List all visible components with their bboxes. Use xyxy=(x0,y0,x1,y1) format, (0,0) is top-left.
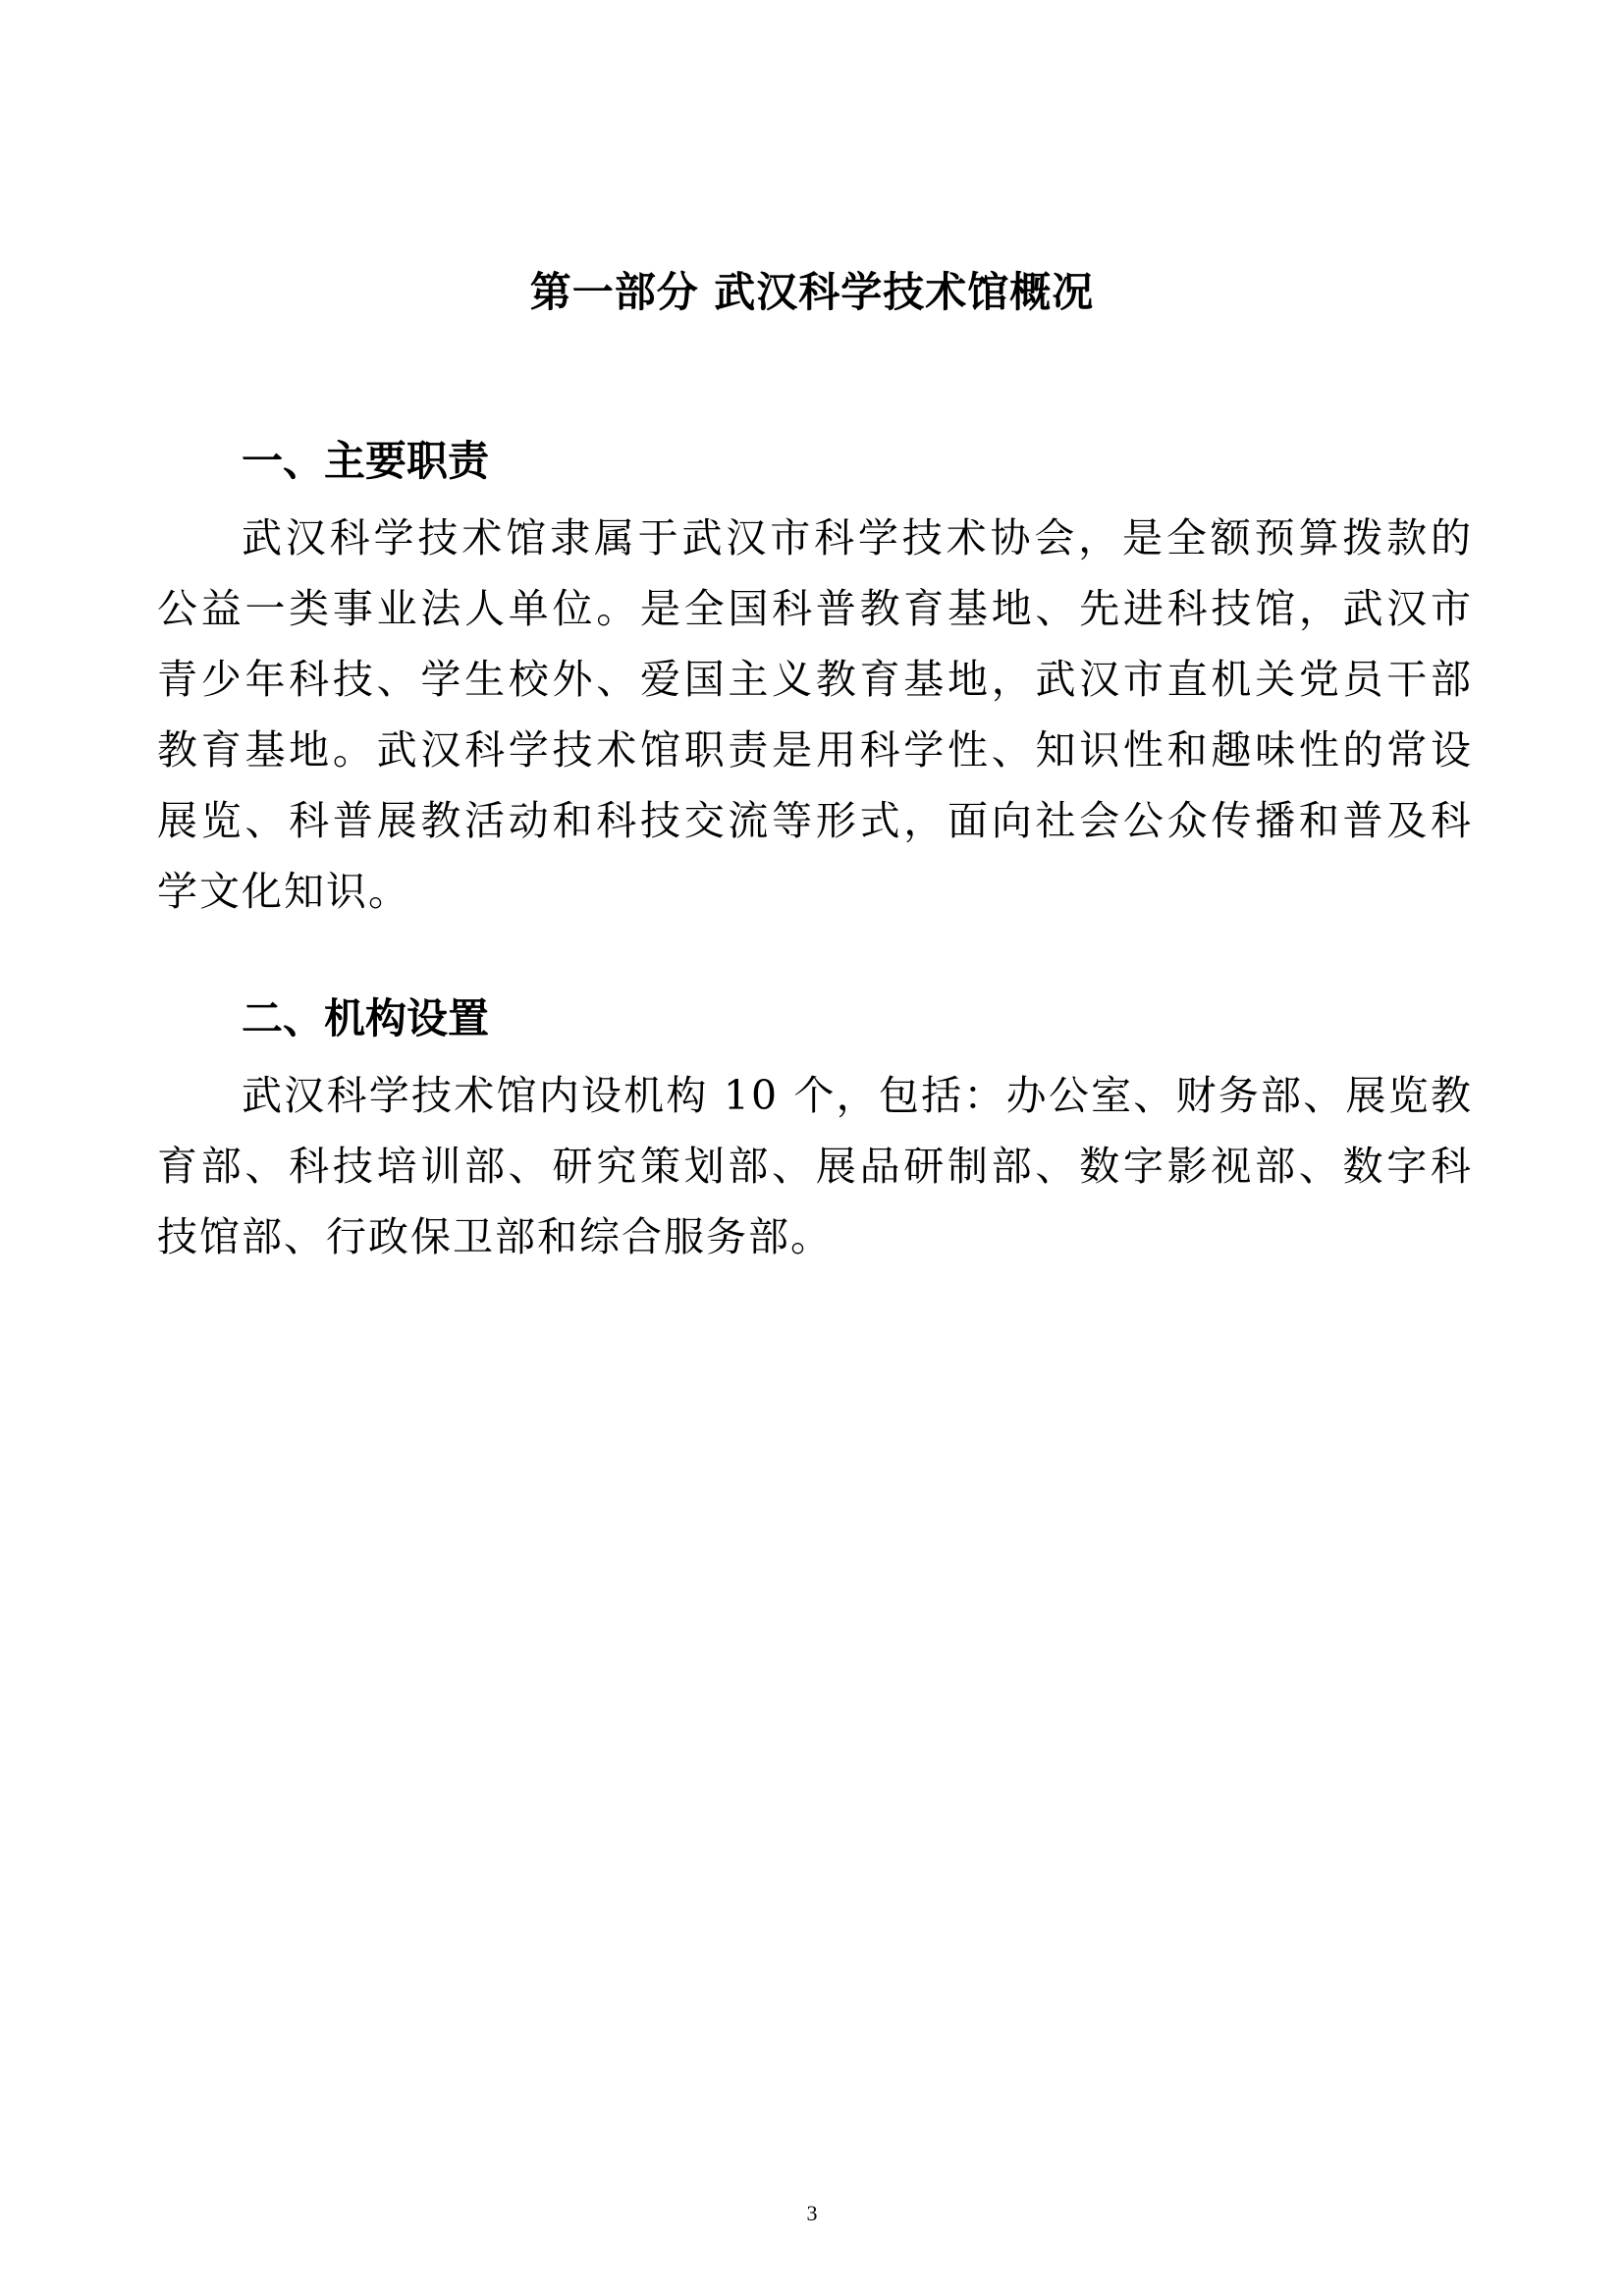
paragraph-line: 武汉科学技术馆内设机构 10 个，包括：办公室、财务部、展览教 xyxy=(157,1060,1473,1131)
paragraph-line: 公益一类事业法人单位。是全国科普教育基地、先进科技馆，武汉市 xyxy=(157,573,1473,644)
page-number: 3 xyxy=(0,2199,1624,2228)
paragraph-organization: 武汉科学技术馆内设机构 10 个，包括：办公室、财务部、展览教 育部、科技培训部… xyxy=(157,1060,1473,1272)
paragraph-line: 学文化知识。 xyxy=(157,856,1473,927)
paragraph-line: 技馆部、行政保卫部和综合服务部。 xyxy=(157,1201,1473,1272)
section-heading-organization: 二、机构设置 xyxy=(242,989,489,1048)
paragraph-line: 武汉科学技术馆隶属于武汉市科学技术协会，是全额预算拨款的 xyxy=(157,503,1473,573)
paragraph-line: 展览、科普展教活动和科技交流等形式，面向社会公众传播和普及科 xyxy=(157,785,1473,856)
page-title: 第一部分 武汉科学技术馆概况 xyxy=(0,263,1624,322)
paragraph-line: 教育基地。武汉科学技术馆职责是用科学性、知识性和趣味性的常设 xyxy=(157,715,1473,785)
paragraph-line: 育部、科技培训部、研究策划部、展品研制部、数字影视部、数字科 xyxy=(157,1131,1473,1201)
paragraph-main-duties: 武汉科学技术馆隶属于武汉市科学技术协会，是全额预算拨款的 公益一类事业法人单位。… xyxy=(157,503,1473,927)
paragraph-line: 青少年科技、学生校外、爱国主义教育基地，武汉市直机关党员干部 xyxy=(157,644,1473,715)
section-heading-main-duties: 一、主要职责 xyxy=(242,432,489,491)
document-page: 第一部分 武汉科学技术馆概况 一、主要职责 武汉科学技术馆隶属于武汉市科学技术协… xyxy=(0,0,1624,2296)
